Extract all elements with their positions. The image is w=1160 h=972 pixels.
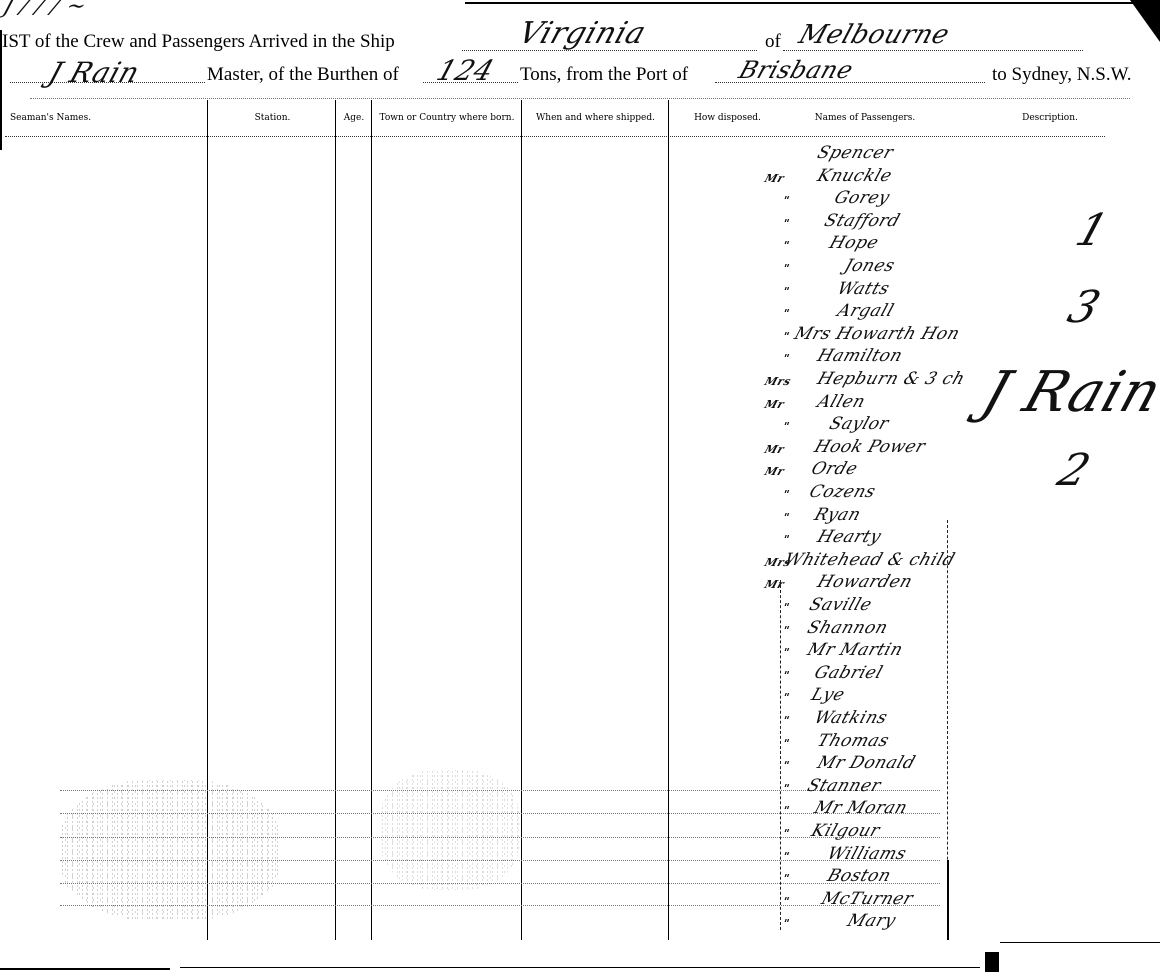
passenger-name: Jones [842, 256, 898, 276]
passenger-name: Allen [815, 392, 868, 412]
margin-count-1: 1 [1070, 205, 1115, 256]
col-divider-5 [668, 100, 669, 940]
passenger-prefix: " [781, 737, 791, 750]
passenger-name: Boston [825, 866, 894, 886]
passenger-prefix: " [781, 330, 791, 343]
ruled-row [60, 905, 940, 906]
passenger-prefix: " [781, 669, 791, 682]
passenger-name: Lye [809, 685, 848, 705]
passenger-name: Howarden [815, 572, 915, 592]
passenger-prefix: " [781, 285, 791, 298]
passenger-name: McTurner [819, 889, 916, 909]
passenger-name: Mary [845, 911, 899, 931]
bottom-rule-left [0, 968, 170, 970]
header-title: IST of the Crew and Passengers Arrived i… [2, 31, 395, 53]
master-label: Master, of the Burthen of [207, 64, 399, 86]
passenger-name: Hearty [815, 527, 884, 547]
scan-blot [985, 952, 999, 972]
passenger-name: Stafford [822, 211, 903, 231]
passenger-name: Watkins [812, 708, 890, 728]
col-station: Station. [210, 113, 335, 123]
passenger-prefix: " [781, 352, 791, 365]
passenger-prefix: " [781, 759, 791, 772]
passenger-prefix: " [781, 262, 791, 275]
passenger-prefix: Mr [763, 172, 786, 185]
passenger-name: Knuckle [815, 166, 895, 186]
passenger-prefix: " [781, 691, 791, 704]
col-divider-4 [521, 100, 522, 940]
passenger-prefix: " [781, 782, 791, 795]
ship-home-port: Melbourne [795, 20, 953, 50]
master-signature: J Rain [974, 360, 1160, 425]
passenger-prefix: " [781, 714, 791, 727]
passenger-prefix: " [781, 804, 791, 817]
margin-count-2: 2 [1052, 445, 1097, 496]
passenger-prefix: Mr [763, 398, 786, 411]
passenger-name: Saville [807, 595, 875, 615]
top-border-line [465, 2, 1155, 4]
passenger-prefix: " [781, 217, 791, 230]
passenger-prefix: " [781, 488, 791, 501]
ruled-row [60, 860, 940, 861]
header-top-rule [30, 98, 1130, 99]
passenger-name: Shannon [805, 618, 891, 638]
passenger-name: Hope [827, 233, 882, 253]
ruled-row [60, 837, 940, 838]
passenger-name: Mr Donald [815, 753, 918, 773]
burthen-tons: 124 [433, 54, 499, 87]
col-divider-7-solid [947, 860, 949, 940]
tons-port-label: Tons, from the Port of [520, 64, 688, 86]
passenger-name: Mr Moran [812, 798, 910, 818]
top-margin-marks: J / / / ~ [0, 0, 90, 19]
passenger-name: Gorey [832, 188, 893, 208]
scan-speckle-mid [380, 770, 520, 890]
scan-corner-shadow [1130, 0, 1160, 42]
ship-name: Virginia [514, 16, 650, 51]
destination: to Sydney, N.S.W. [992, 64, 1132, 86]
passenger-name: Kilgour [809, 821, 883, 841]
passenger-prefix: " [781, 239, 791, 252]
passenger-prefix: " [781, 307, 791, 320]
passenger-prefix: Mr [763, 443, 786, 456]
col-age: Age. [337, 113, 371, 123]
ruled-row [60, 813, 940, 814]
margin-count-3: 3 [1062, 282, 1107, 333]
passenger-prefix: Mr [763, 465, 786, 478]
col-town-born: Town or Country where born. [373, 113, 521, 123]
passenger-name: Hamilton [815, 346, 905, 366]
scan-speckle-left [60, 780, 280, 920]
passenger-name: Spencer [815, 143, 896, 163]
passenger-name: Mrs Howarth Hon [792, 324, 963, 344]
passenger-prefix: " [781, 601, 791, 614]
ship-of-line [783, 50, 1083, 51]
passenger-prefix: " [781, 917, 791, 930]
col-when-where-shipped: When and where shipped. [523, 113, 668, 123]
passenger-name: Hepburn & 3 ch [815, 369, 968, 389]
passenger-prefix: " [781, 511, 791, 524]
passenger-name: Orde [809, 459, 861, 479]
ruled-row [60, 883, 940, 884]
origin-port: Brisbane [735, 56, 857, 84]
col-how-disposed: How disposed. [670, 113, 785, 123]
passenger-prefix: " [781, 533, 791, 546]
col-description: Description. [960, 113, 1140, 123]
bottom-rule-right [1000, 942, 1160, 943]
passenger-prefix: " [781, 646, 791, 659]
passenger-name: Watts [835, 279, 893, 299]
passenger-name: Ryan [812, 505, 864, 525]
passenger-prefix: Mrs [763, 375, 793, 388]
passenger-name: Stanner [805, 776, 884, 796]
col-divider-3 [371, 100, 372, 940]
passenger-name: Whitehead & child [782, 550, 958, 570]
col-divider-6 [780, 580, 781, 930]
passenger-name: Thomas [815, 731, 892, 751]
passenger-name: Mr Martin [805, 640, 906, 660]
passenger-prefix: " [781, 827, 791, 840]
bottom-rule-mid [180, 967, 980, 968]
passenger-prefix: " [781, 420, 791, 433]
col-divider-2 [335, 100, 336, 940]
passenger-name: Williams [825, 844, 909, 864]
passenger-name: Hook Power [812, 437, 928, 457]
passenger-prefix: " [781, 194, 791, 207]
passenger-prefix: Mr [763, 578, 786, 591]
passenger-name: Saylor [827, 414, 892, 434]
col-passenger-names: Names of Passengers. [785, 113, 945, 123]
of-label: of [765, 31, 781, 53]
passenger-name: Gabriel [812, 663, 886, 683]
header-bottom-rule [5, 136, 1105, 137]
master-name: J Rain [45, 56, 144, 89]
col-seamans-names: Seaman's Names. [10, 113, 100, 123]
passenger-prefix: " [781, 624, 791, 637]
passenger-name: Cozens [807, 482, 878, 502]
passenger-name: Argall [835, 301, 897, 321]
